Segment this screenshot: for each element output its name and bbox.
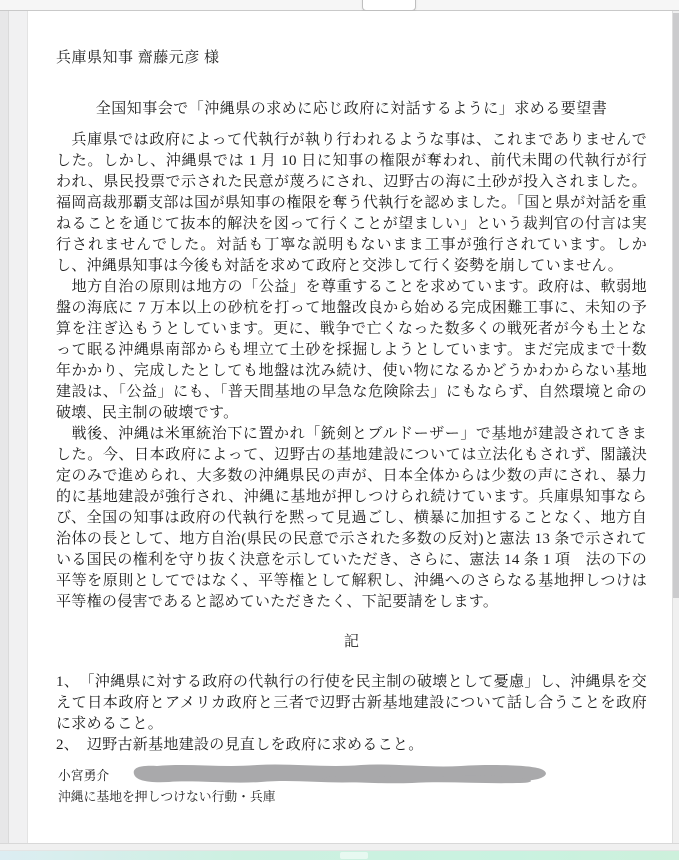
signature-block: 小宮勇介 沖縄に基地を押しつけない行動・兵庫 [56,765,647,807]
taskbar-button[interactable] [340,852,368,859]
body-paragraph: 戦後、沖縄は米軍統治下に置かれ「銃剣とブルドーザー」で基地が建設されてきました。… [56,424,647,613]
body-paragraph: 兵庫県では政府によって代執行が執り行われるような事は、これまでありませんでした。… [56,130,647,277]
request-item: 2、 辺野古新基地建設の見直しを政府に求めること。 [56,735,647,756]
left-gutter-strip [0,11,9,843]
redacted-contact-blob [127,763,550,785]
signer-name: 小宮勇介 [58,766,109,786]
organization-name: 沖縄に基地を押しつけない行動・兵庫 [58,787,647,807]
request-item: 1、 「沖縄県に対する政府の代執行の行使を民主制の破壊として憂慮」し、沖縄県を交… [56,672,647,735]
app-window: 兵庫県知事 齋藤元彦 様 全国知事会で「沖縄県の求めに応じ政府に対話するように」… [0,0,679,860]
document-content: 兵庫県知事 齋藤元彦 様 全国知事会で「沖縄県の求めに応じ政府に対話するように」… [28,11,672,807]
document-title: 全国知事会で「沖縄県の求めに応じ政府に対話するように」求める要望書 [56,99,647,120]
top-chrome-band [0,0,679,11]
section-marker-ki: 記 [56,632,647,653]
signature-row: 小宮勇介 [58,765,647,787]
letter-body: 兵庫県では政府によって代執行が執り行われるような事は、これまでありませんでした。… [56,130,647,613]
scrollbar-thumb[interactable] [673,13,679,598]
body-paragraph: 地方自治の原則は地方の「公益」を尊重することを求めています。政府は、軟弱地盤の海… [56,277,647,424]
vertical-scrollbar[interactable] [672,11,679,843]
document-page: 兵庫県知事 齋藤元彦 様 全国知事会で「沖縄県の求めに応じ政府に対話するように」… [27,11,672,843]
scroll-position-popup [362,0,416,11]
request-list: 1、 「沖縄県に対する政府の代執行の行使を民主制の破壊として憂慮」し、沖縄県を交… [56,672,647,756]
taskbar [0,850,679,860]
recipient-line: 兵庫県知事 齋藤元彦 様 [56,48,647,69]
